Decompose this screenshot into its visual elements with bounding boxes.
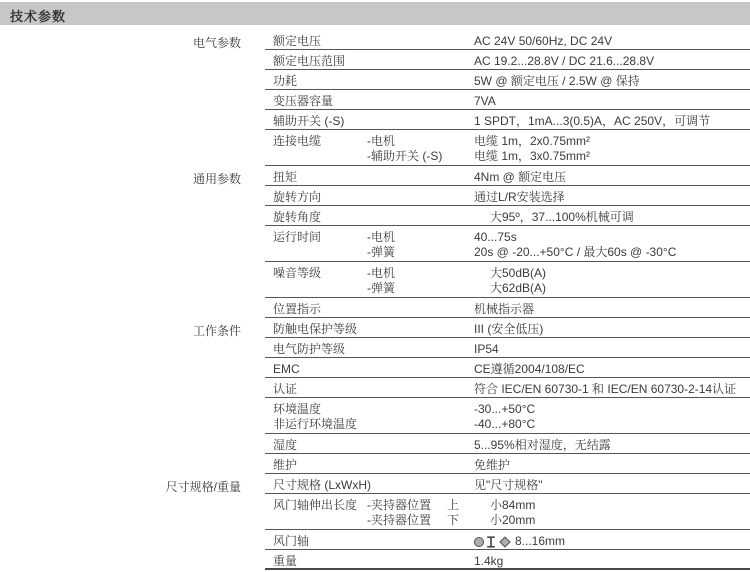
param-name: 防触电保护等级 [273,322,357,337]
param-name: 认证 [273,382,297,397]
param-name: 额定电压范围 [273,54,345,69]
value-cell: 7VA [474,94,496,109]
value-cell: III (安全低压) [474,322,543,337]
value-text: 小20mm [474,513,535,528]
value-text: 5W @ 额定电压 / 2.5W @ 保持 [474,74,640,89]
table-row: 连接电缆-电机-辅助开关 (-S)电缆 1m，2x0.75mm²电缆 1m，3x… [265,130,750,166]
value-text: 大62dB(A) [474,281,546,296]
value-text: III (安全低压) [474,322,543,337]
param-name: 重量 [273,554,297,569]
value-cell: 免维护 [474,458,510,473]
value-cell: 电缆 1m，2x0.75mm²电缆 1m，3x0.75mm² [474,134,590,164]
table-row: 风门轴8...16mm [265,530,750,550]
table-row: 电气防护等级IP54 [265,338,750,358]
param-name: 尺寸规格 (LxWxH) [273,478,371,493]
value-text: 机械指示器 [474,302,534,317]
table-row: 功耗5W @ 额定电压 / 2.5W @ 保持 [265,70,750,90]
square-shaft-icon [486,536,496,548]
value-text: AC 19.2...28.8V / DC 21.6...28.8V [474,54,654,69]
table-row: 旋转角度大95º，37...100%机械可调 [265,206,750,226]
param-name: 旋转角度 [273,210,321,225]
param-name: 辅助开关 (-S) [273,114,344,129]
param-name: 风门轴伸出长度 [273,498,357,513]
value-cell: 大50dB(A)大62dB(A) [474,266,546,296]
diamond-shaft-icon [499,536,510,547]
sub-position-label: 下 [447,513,459,528]
param-name: 额定电压 [273,34,321,49]
param-name: 连接电缆 [273,134,321,149]
value-cell: 通过L/R安装选择 [474,190,565,205]
value-cell: -30...+50°C-40...+80°C [474,402,535,432]
value-text: 大95º，37...100%机械可调 [474,210,634,225]
value-cell: 40...75s20s @ -20...+50°C / 最大60s @ -30°… [474,230,676,260]
param-name: 运行时间 [273,230,321,245]
table-row: 维护免维护 [265,454,750,474]
spec-table: 电气参数额定电压AC 24V 50/60Hz, DC 24V额定电压范围AC 1… [265,30,750,570]
sub-labels: -电机-弹簧 [367,230,395,260]
value-text: 1 SPDT，1mA...3(0.5)A，AC 250V，可调节 [474,114,710,129]
page-title: 技术参数 [10,6,66,25]
table-row: 额定电压范围AC 19.2...28.8V / DC 21.6...28.8V [265,50,750,70]
sub-labels: -夹持器位置上-夹持器位置下 [367,498,431,528]
value-cell: IP54 [474,342,499,357]
param-name: 噪音等级 [273,266,321,281]
value-cell: 大95º，37...100%机械可调 [474,210,634,225]
table-row: 变压器容量7VA [265,90,750,110]
table-row: 位置指示机械指示器 [265,298,750,318]
value-text: 符合 IEC/EN 60730-1 和 IEC/EN 60730-2-14认证 [474,382,736,397]
value-text: 小84mm [474,498,535,513]
param-name: 功耗 [273,74,297,89]
value-text: CE遵循2004/108/EC [474,362,585,377]
value-cell: AC 19.2...28.8V / DC 21.6...28.8V [474,54,654,69]
table-row: EMCCE遵循2004/108/EC [265,358,750,378]
sub-position-label: 上 [447,498,459,513]
value-text: AC 24V 50/60Hz, DC 24V [474,34,612,49]
table-row: 噪音等级-电机-弹簧大50dB(A)大62dB(A) [265,262,750,298]
value-cell: 5...95%相对湿度，无结露 [474,438,611,453]
value-text: 免维护 [474,458,510,473]
category-label: 尺寸规格/重量 [166,478,241,495]
param-name: 风门轴 [273,534,309,549]
table-row: 环境温度非运行环境温度-30...+50°C-40...+80°C [265,398,750,434]
value-text: 电缆 1m，3x0.75mm² [474,149,590,164]
value-text: 通过L/R安装选择 [474,190,565,205]
value-cell: 见"尺寸规格" [474,478,543,493]
value-text: 5...95%相对湿度，无结露 [474,438,611,453]
table-row: 电气参数额定电压AC 24V 50/60Hz, DC 24V [265,30,750,50]
param-name: 维护 [273,458,297,473]
param-name: 电气防护等级 [273,342,345,357]
value-cell: 符合 IEC/EN 60730-1 和 IEC/EN 60730-2-14认证 [474,382,736,397]
value-cell: 8...16mm [474,534,565,549]
table-row: 运行时间-电机-弹簧40...75s20s @ -20...+50°C / 最大… [265,226,750,262]
value-cell: 4Nm @ 额定电压 [474,170,566,185]
table-row: 旋转方向通过L/R安装选择 [265,186,750,206]
param-name: 扭矩 [273,170,297,185]
category-label: 通用参数 [193,170,241,187]
value-text: 20s @ -20...+50°C / 最大60s @ -30°C [474,245,676,260]
value-cell: AC 24V 50/60Hz, DC 24V [474,34,612,49]
table-row: 辅助开关 (-S)1 SPDT，1mA...3(0.5)A，AC 250V，可调… [265,110,750,130]
param-name: 旋转方向 [273,190,321,205]
param-name: 环境温度非运行环境温度 [273,402,357,432]
value-text: 8...16mm [474,534,565,549]
table-row: 尺寸规格/重量尺寸规格 (LxWxH)见"尺寸规格" [265,474,750,494]
value-cell: 小84mm小20mm [474,498,535,528]
value-text: -30...+50°C [474,402,535,417]
table-row: 工作条件防触电保护等级III (安全低压) [265,318,750,338]
value-text: 电缆 1m，2x0.75mm² [474,134,590,149]
round-shaft-icon [474,537,484,547]
value-cell: 机械指示器 [474,302,534,317]
category-label: 工作条件 [193,322,241,339]
value-cell: CE遵循2004/108/EC [474,362,585,377]
table-row: 重量1.4kg [265,550,750,570]
table-row: 认证符合 IEC/EN 60730-1 和 IEC/EN 60730-2-14认… [265,378,750,398]
param-name: 变压器容量 [273,94,333,109]
sub-labels: -电机-弹簧 [367,266,395,296]
value-text: 40...75s [474,230,676,245]
table-row: 风门轴伸出长度-夹持器位置上-夹持器位置下小84mm小20mm [265,494,750,530]
param-name: EMC [273,362,300,377]
value-text: 1.4kg [474,554,503,569]
value-cell: 1.4kg [474,554,503,569]
param-name: 位置指示 [273,302,321,317]
table-row: 湿度5...95%相对湿度，无结露 [265,434,750,454]
value-text: IP54 [474,342,499,357]
value-cell: 5W @ 额定电压 / 2.5W @ 保持 [474,74,640,89]
value-cell: 1 SPDT，1mA...3(0.5)A，AC 250V，可调节 [474,114,710,129]
value-text: 4Nm @ 额定电压 [474,170,566,185]
category-label: 电气参数 [193,34,241,51]
param-name: 湿度 [273,438,297,453]
value-text: 7VA [474,94,496,109]
sub-labels: -电机-辅助开关 (-S) [367,134,442,164]
table-row: 通用参数扭矩4Nm @ 额定电压 [265,166,750,186]
value-text: 大50dB(A) [474,266,546,281]
value-text: -40...+80°C [474,417,535,432]
section-header-bar: 技术参数 [0,2,750,25]
value-text: 见"尺寸规格" [474,478,543,493]
